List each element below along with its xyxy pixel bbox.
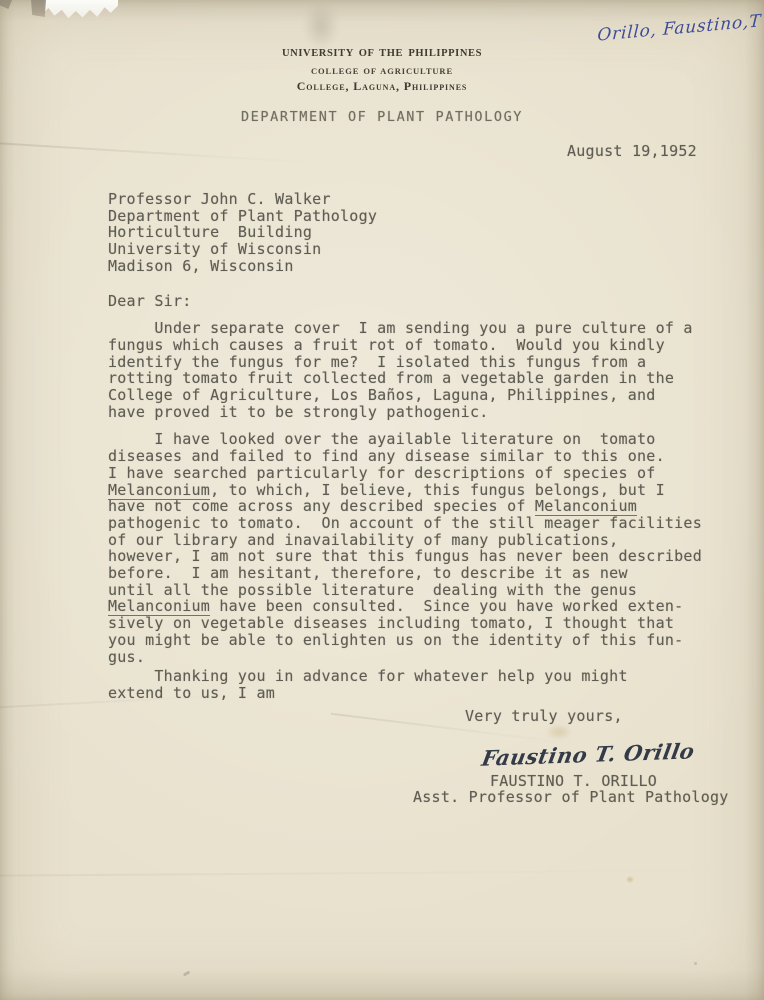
stain-mark	[626, 876, 634, 883]
address-line: University of Wisconsin	[108, 241, 718, 258]
body-line: extend to us, I am	[108, 685, 718, 702]
handwritten-annotation: Orillo, Faustino,T	[597, 6, 764, 45]
address-line: Madison 6, Wisconsin	[108, 258, 718, 275]
letterhead-department: DEPARTMENT OF PLANT PATHOLOGY	[0, 109, 764, 125]
address-line: Department of Plant Pathology	[108, 208, 718, 225]
signature-title: Asst. Professor of Plant Pathology	[413, 789, 729, 806]
paper-crease	[0, 869, 764, 876]
handwritten-signature: Faustino T. Orillo	[480, 738, 697, 771]
body-line: Melanconium, to which, I believe, this f…	[108, 482, 718, 499]
salutation: Dear Sir:	[108, 293, 718, 310]
body-line: sively on vegetable diseases including t…	[108, 615, 718, 632]
body-line: Thanking you in advance for whatever hel…	[108, 668, 718, 685]
body-line: until all the possible literature dealin…	[108, 582, 718, 599]
smudge-mark	[303, 2, 339, 50]
body-line: Under separate cover I am sending you a …	[108, 320, 718, 337]
letterhead: UNIVERSITY OF THE PHILIPPINES COLLEGE OF…	[0, 48, 764, 125]
body-line: I have searched particularly for descrip…	[108, 465, 718, 482]
body-line: I have looked over the ayailable literat…	[108, 431, 718, 448]
letter-body: Professor John C. WalkerDepartment of Pl…	[108, 191, 718, 702]
letterhead-address: College, Laguna, Philippines	[0, 79, 764, 94]
body-line: College of Agriculture, Los Baños, Lagun…	[108, 387, 718, 404]
body-line: you might be able to enlighten us on the…	[108, 632, 718, 649]
torn-paper-corner	[44, 0, 118, 19]
paper-crease	[0, 142, 322, 164]
tape-remnant	[31, 0, 46, 17]
body-line: however, I am not sure that this fungus …	[108, 548, 718, 565]
address-line: Horticulture Building	[108, 224, 718, 241]
body-line: Melanconium have been consulted. Since y…	[108, 598, 718, 615]
address-line: Professor John C. Walker	[108, 191, 718, 208]
corner-mark	[0, 0, 12, 9]
body-line: identify the fungus for me? I isolated t…	[108, 354, 718, 371]
body-line: have not come across any described speci…	[108, 498, 718, 515]
body-line: of our library and inavailability of man…	[108, 532, 718, 549]
closing-phrase: Very truly yours,	[465, 708, 623, 725]
letter-date: August 19,1952	[567, 143, 697, 160]
body-line: gus.	[108, 649, 718, 666]
body-line: before. I am hesitant, therefore, to des…	[108, 565, 718, 582]
body-line: fungus which causes a fruit rot of tomat…	[108, 337, 718, 354]
body-paragraph: Thanking you in advance for whatever hel…	[108, 668, 718, 701]
body-line: diseases and failed to find any disease …	[108, 448, 718, 465]
body-line: rotting tomato fruit collected from a ve…	[108, 370, 718, 387]
scanned-letter-page: Orillo, Faustino,T UNIVERSITY OF THE PHI…	[0, 0, 764, 1000]
body-paragraph: I have looked over the ayailable literat…	[108, 431, 718, 665]
letterhead-university: UNIVERSITY OF THE PHILIPPINES	[0, 48, 764, 59]
pencil-speck	[183, 971, 190, 976]
recipient-address: Professor John C. WalkerDepartment of Pl…	[108, 191, 718, 275]
body-paragraph: Under separate cover I am sending you a …	[108, 320, 718, 420]
ink-speck	[694, 962, 697, 965]
letterhead-college: COLLEGE OF AGRICULTURE	[0, 66, 764, 76]
body-line: have proved it to be strongly pathogenic…	[108, 404, 718, 421]
stain-mark	[546, 724, 572, 740]
body-line: pathogenic to tomato. On account of the …	[108, 515, 718, 532]
